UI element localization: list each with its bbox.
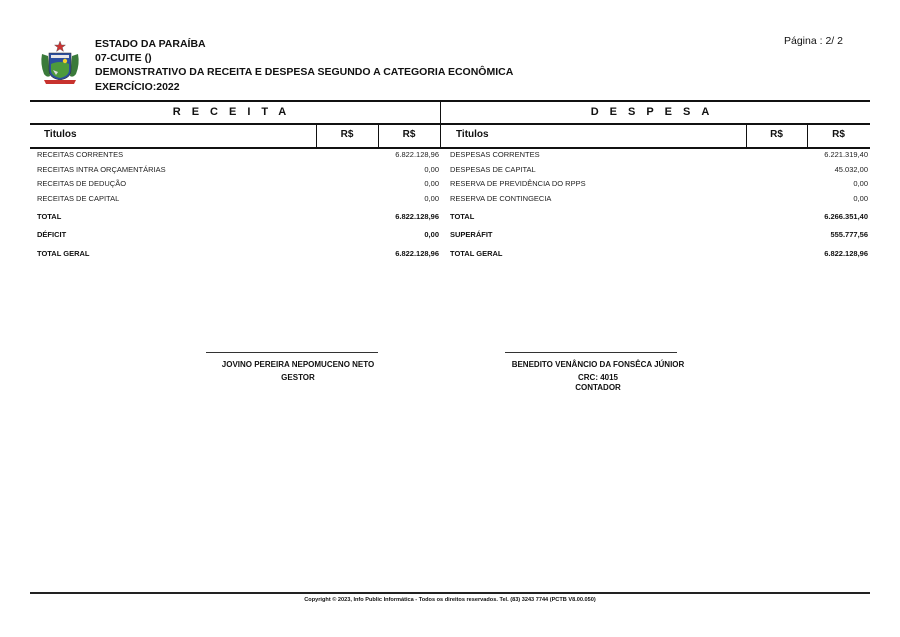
receita-row-value: 0,00 xyxy=(340,194,439,204)
signatory-left-name: JOVINO PEREIRA NEPOMUCENO NETO xyxy=(186,359,410,370)
entity-name: 07-CUITE () xyxy=(95,51,152,65)
despesa-total-value: 6.266.351,40 xyxy=(768,212,868,222)
signature-line-left xyxy=(206,352,378,353)
despesa-row-value: 45.032,00 xyxy=(768,165,868,175)
despesa-row-value: 6.221.319,40 xyxy=(768,150,868,160)
despesa-row-value: 0,00 xyxy=(768,194,868,204)
table-header-divider xyxy=(30,123,870,125)
footer-divider xyxy=(30,592,870,594)
despesa-grand-total-value: 6.822.128,96 xyxy=(768,249,868,259)
despesa-row-label: DESPESAS CORRENTES xyxy=(450,150,540,160)
despesa-row-label: RESERVA DE PREVIDÊNCIA DO RPPS xyxy=(450,179,586,189)
receita-deficit-label: DÉFICIT xyxy=(37,230,66,240)
despesa-row-label: RESERVA DE CONTINGECIA xyxy=(450,194,551,204)
receita-row-value: 0,00 xyxy=(340,165,439,175)
coat-of-arms-icon xyxy=(38,40,82,86)
signature-line-right xyxy=(505,352,677,353)
receita-col-rs1: R$ xyxy=(316,129,378,140)
receita-grand-total-label: TOTAL GERAL xyxy=(37,249,90,259)
despesa-grand-total-label: TOTAL GERAL xyxy=(450,249,503,259)
despesa-row-value: 0,00 xyxy=(768,179,868,189)
despesa-col-rs1: R$ xyxy=(746,129,807,140)
report-title: DEMONSTRATIVO DA RECEITA E DESPESA SEGUN… xyxy=(95,65,513,79)
receita-row-label: RECEITAS CORRENTES xyxy=(37,150,123,160)
table-header-bottom-border xyxy=(30,147,870,149)
receita-deficit-value: 0,00 xyxy=(340,230,439,240)
despesa-row-label: DESPESAS DE CAPITAL xyxy=(450,165,536,175)
despesa-col-rs2: R$ xyxy=(807,129,870,140)
receita-col-titulos: Titulos xyxy=(44,129,77,140)
receita-col-rs2: R$ xyxy=(378,129,440,140)
table-top-border xyxy=(30,100,870,102)
receita-grand-total-value: 6.822.128,96 xyxy=(340,249,439,259)
footer-copyright: Copyright © 2023, Info Public Informátic… xyxy=(30,597,870,603)
exercise-year: EXERCÍCIO:2022 xyxy=(95,80,180,94)
despesa-total-label: TOTAL xyxy=(450,212,474,222)
receita-row-label: RECEITAS DE CAPITAL xyxy=(37,194,119,204)
receita-row-value: 6.822.128,96 xyxy=(340,150,439,160)
receita-total-label: TOTAL xyxy=(37,212,61,222)
despesa-col-titulos: Titulos xyxy=(456,129,489,140)
despesa-superavit-value: 555.777,56 xyxy=(768,230,868,240)
receita-total-value: 6.822.128,96 xyxy=(340,212,439,222)
signatory-left-role: GESTOR xyxy=(186,372,410,383)
page-number: Página : 2/ 2 xyxy=(784,35,843,47)
despesa-section-title: DESPESA xyxy=(441,106,870,118)
despesa-superavit-label: SUPERÁFIT xyxy=(450,230,493,240)
receita-row-label: RECEITAS INTRA ORÇAMENTÁRIAS xyxy=(37,165,166,175)
signatory-right-name: BENEDITO VENÂNCIO DA FONSÊCA JÚNIOR xyxy=(480,359,716,370)
receita-row-label: RECEITAS DE DEDUÇÃO xyxy=(37,179,126,189)
signatory-right-role: CONTADOR xyxy=(480,382,716,393)
receita-row-value: 0,00 xyxy=(340,179,439,189)
state-name: ESTADO DA PARAÍBA xyxy=(95,37,206,51)
receita-section-title: RECEITA xyxy=(30,106,440,118)
